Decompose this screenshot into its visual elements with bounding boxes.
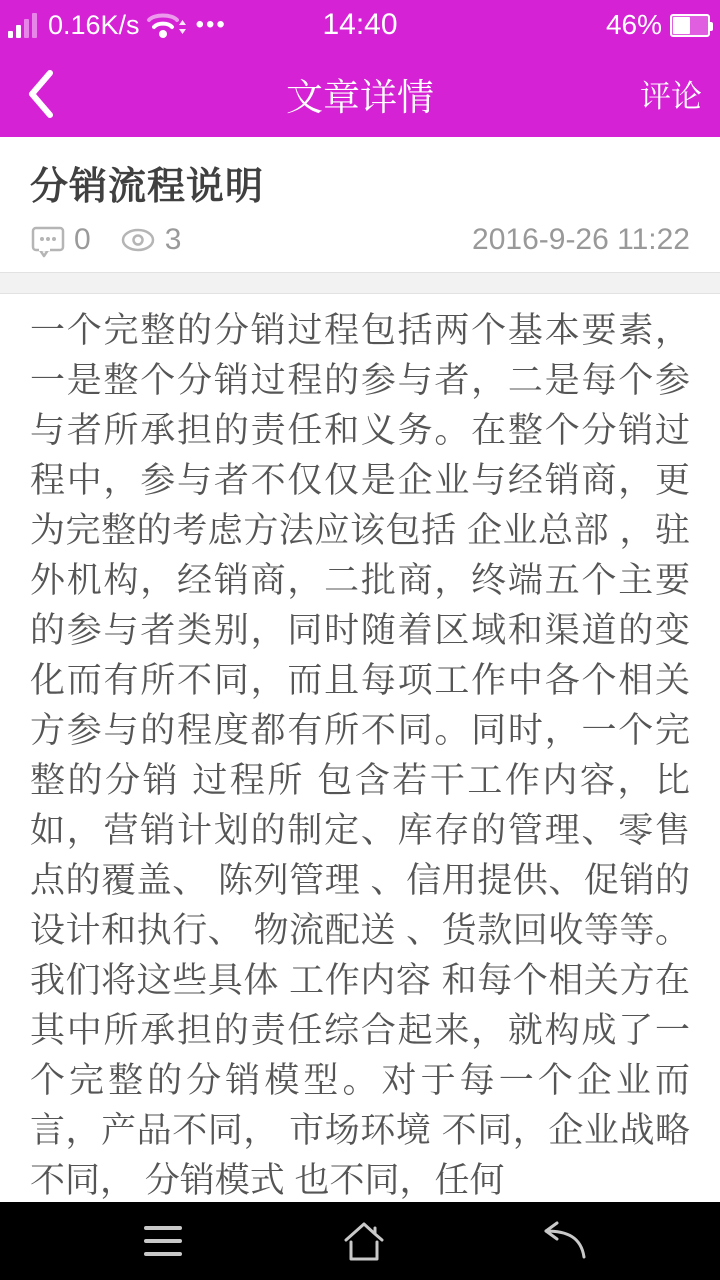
nav-bar: 文章详情 评论 <box>0 50 720 137</box>
app-screen: 0.16K/s ••• 14:40 46% <box>0 0 720 1280</box>
article-meta: 0 3 2016-9-26 11:22 <box>30 222 690 258</box>
menu-icon <box>144 1217 182 1265</box>
home-icon <box>339 1216 389 1266</box>
section-divider <box>0 272 720 294</box>
view-count-value: 3 <box>165 223 182 257</box>
status-bar: 0.16K/s ••• 14:40 46% <box>0 0 720 50</box>
back-nav-button[interactable] <box>536 1202 596 1280</box>
comment-count: 0 <box>30 222 91 258</box>
battery-icon <box>670 14 710 37</box>
article-title: 分销流程说明 <box>30 137 690 210</box>
page-title: 文章详情 <box>0 67 720 121</box>
article-body: 一个完整的分销过程包括两个基本要素，一是整个分销过程的参与者，二是每个参与者所承… <box>0 294 720 1206</box>
comment-bubble-icon <box>30 222 66 258</box>
comment-count-value: 0 <box>74 223 91 257</box>
back-arrow-icon <box>541 1219 591 1263</box>
status-right-group: 46% <box>606 9 710 41</box>
eye-icon <box>119 226 157 254</box>
comments-button[interactable]: 评论 <box>640 71 702 116</box>
article-header: 分销流程说明 0 3 2016-9-26 <box>0 137 720 272</box>
article-date: 2016-9-26 11:22 <box>472 223 690 257</box>
android-nav-bar <box>0 1202 720 1280</box>
menu-button[interactable] <box>133 1202 193 1280</box>
view-count: 3 <box>119 223 182 257</box>
home-button[interactable] <box>334 1202 394 1280</box>
battery-percent: 46% <box>606 9 662 41</box>
